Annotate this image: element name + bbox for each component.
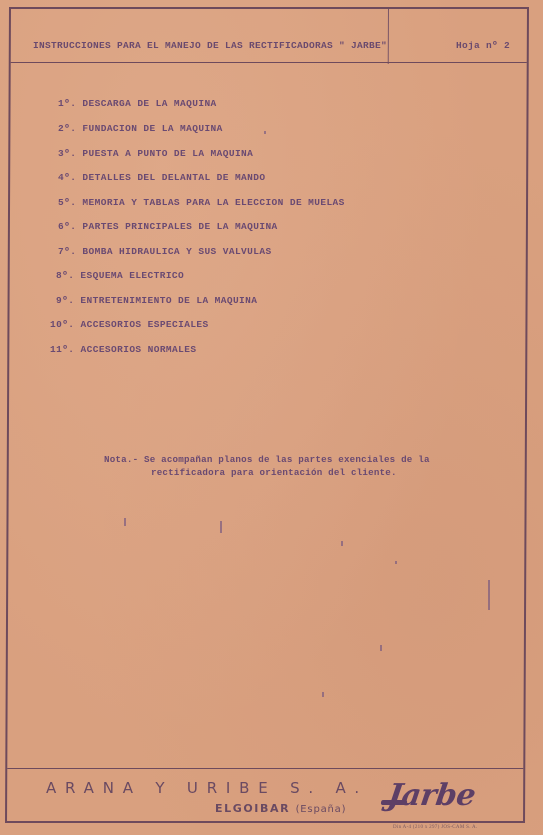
toc-item-label: FUNDACION DE LA MAQUINA <box>82 123 222 134</box>
toc-item-number: 8º. <box>56 270 74 281</box>
toc-item-number: 2º. <box>58 123 76 134</box>
company-location: ELGOIBAR (España) <box>215 802 346 815</box>
header-rule <box>11 62 527 63</box>
paper-speck <box>488 580 490 610</box>
printer-mark: Din A-4 (210 x 297) JOS-CAM S. A. <box>393 825 478 830</box>
jarbe-logo: Jarbe <box>386 778 478 813</box>
city-name: ELGOIBAR <box>215 802 290 815</box>
toc-item-label: PUESTA A PUNTO DE LA MAQUINA <box>82 148 253 159</box>
note-paragraph: Nota.- Se acompañan planos de las partes… <box>104 453 430 479</box>
company-name: ARANA Y URIBE S. A. <box>46 779 368 797</box>
toc-item: 6º. PARTES PRINCIPALES DE LA MAQUINA <box>58 221 278 232</box>
toc-item-label: DETALLES DEL DELANTAL DE MANDO <box>82 172 265 183</box>
paper-speck <box>264 131 266 134</box>
toc-item-number: 9º. <box>56 295 74 306</box>
toc-item-label: ACCESORIOS ESPECIALES <box>81 319 209 330</box>
toc-item: 2º. FUNDACION DE LA MAQUINA <box>58 123 223 134</box>
paper-speck <box>341 541 343 546</box>
sheet-number: Hoja nº 2 <box>456 40 510 51</box>
toc-item-label: BOMBA HIDRAULICA Y SUS VALVULAS <box>82 246 271 257</box>
toc-item-number: 3º. <box>58 148 76 159</box>
paper-speck <box>124 518 126 526</box>
country-name: (España) <box>296 804 347 815</box>
footer-rule <box>7 768 523 769</box>
toc-item-number: 1º. <box>58 98 76 109</box>
toc-item-number: 7º. <box>58 246 76 257</box>
paper-speck <box>395 561 397 564</box>
header-divider <box>388 9 389 64</box>
paper-speck <box>322 692 324 697</box>
toc-item-label: ACCESORIOS NORMALES <box>81 344 197 355</box>
toc-item-number: 4º. <box>58 172 76 183</box>
toc-item: 1º. DESCARGA DE LA MAQUINA <box>58 98 217 109</box>
note-line-2: rectificadora para orientación del clien… <box>104 466 430 479</box>
document-title: INSTRUCCIONES PARA EL MANEJO DE LAS RECT… <box>33 40 387 51</box>
toc-item: 8º. ESQUEMA ELECTRICO <box>56 270 184 281</box>
toc-item: 5º. MEMORIA Y TABLAS PARA LA ELECCION DE… <box>58 197 345 208</box>
toc-item-number: 11º. <box>50 344 74 355</box>
toc-item: 3º. PUESTA A PUNTO DE LA MAQUINA <box>58 148 253 159</box>
toc-item: 4º. DETALLES DEL DELANTAL DE MANDO <box>58 172 265 183</box>
toc-item: 11º. ACCESORIOS NORMALES <box>50 344 196 355</box>
toc-item-number: 6º. <box>58 221 76 232</box>
toc-item-label: MEMORIA Y TABLAS PARA LA ELECCION DE MUE… <box>82 197 344 208</box>
toc-item-label: ESQUEMA ELECTRICO <box>80 270 184 281</box>
note-line-1: Nota.- Se acompañan planos de las partes… <box>104 454 430 465</box>
toc-item-label: ENTRETENIMIENTO DE LA MAQUINA <box>80 295 257 306</box>
toc-item: 7º. BOMBA HIDRAULICA Y SUS VALVULAS <box>58 246 272 257</box>
toc-item-number: 10º. <box>50 319 74 330</box>
toc-item-label: DESCARGA DE LA MAQUINA <box>82 98 216 109</box>
toc-item-number: 5º. <box>58 197 76 208</box>
paper-speck <box>380 645 382 651</box>
paper-speck <box>220 521 222 533</box>
toc-item: 10º. ACCESORIOS ESPECIALES <box>50 319 209 330</box>
toc-item: 9º. ENTRETENIMIENTO DE LA MAQUINA <box>56 295 257 306</box>
toc-item-label: PARTES PRINCIPALES DE LA MAQUINA <box>82 221 277 232</box>
